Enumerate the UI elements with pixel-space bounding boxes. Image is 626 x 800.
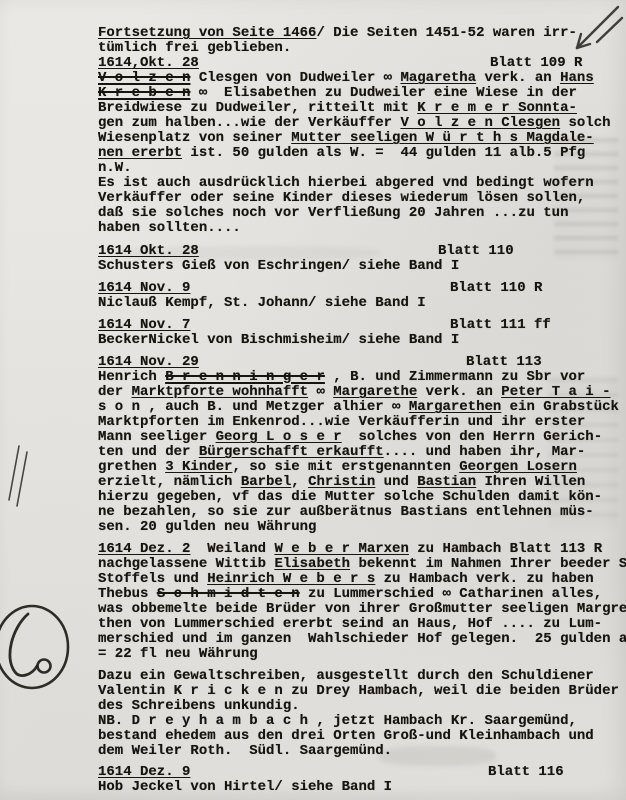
text-line: ten und der Bürgerschafft erkaufft.... u… [98,445,626,460]
text-run: ein Grabstück v. [501,399,626,415]
blatt-reference: Blatt 110 [438,244,514,259]
text-line: dem Weiler Roth. Südl. Saargemünd. [98,744,626,759]
text-line: daß sie solches noch vor Verfließung 20 … [98,206,626,221]
text-line: 1614 Dez. 2 Weiland W e b e r Marxen zu … [98,542,626,557]
emphasized-text-run: 1614 Nov. 29 [98,354,199,370]
emphasized-text-run: Margarethe [333,384,417,400]
text-run: , B. und Zimmermann zu Sbr vor [325,369,585,385]
text-line: der Marktpforte wohnhafft ∞ Margarethe v… [98,385,626,400]
emphasized-text-run: 1614 Dez. 2 [98,541,190,557]
text-line: Niclauß Kempf, St. Johann/ siehe Band I [98,296,626,311]
emphasized-text-run: Christin [308,474,375,490]
text-run: Mann seeliger [98,429,216,445]
text-line: gen zum halben...wie der Verkäuffer V o … [98,116,626,131]
text-line: 1614 Nov. 9Blatt 110 R [98,281,626,296]
text-run: des Schreibens unkundig. [98,698,300,714]
emphasized-text-run: Heinrich W e b e r s [207,571,375,587]
text-line: haben sollten.... [98,221,626,236]
text-line: tümlich frei geblieben. [98,41,626,56]
text-run: daß sie solches noch vor Verfließung 20 … [98,205,568,221]
text-run: gen zum halben...wie der Verkäuffer [98,115,400,131]
emphasized-text-run: Marktpforte wohnhafft [132,384,308,400]
text-run: bekennt im Nahmen Ihrer beeder Söh [350,556,626,572]
text-line: erzielt, nämlich Barbel, Christin und Ba… [98,475,626,490]
emphasized-text-run: Peter T a i - [501,384,610,400]
text-line: 1614 Dez. 9Blatt 116 [98,765,626,780]
text-run: Marktpforten im Enkenrod...wie Verkäuffe… [98,414,585,430]
text-run: Thebus [98,586,157,602]
text-run: Clesgen von Dudweiler ∞ [190,70,400,86]
text-line: sen. 20 gulden neu Währung [98,520,626,535]
text-run: Breidwiese zu Dudweiler, ritteilt mit [98,100,417,116]
scanned-document-page: Lo Fortsetzung von Seite 1466/ Die Seite… [0,0,626,800]
text-run: Weiland [190,541,274,557]
emphasized-text-run: V o l z e n [98,70,190,86]
text-run: solch [560,115,610,131]
text-run: = 22 fl neu Währung [98,646,258,662]
text-line: ne bezahlen, so sie zur außberätnus Bast… [98,505,626,520]
text-line: Fortsetzung von Seite 1466/ Die Seiten 1… [98,26,626,41]
text-run: .... und haben ihr, Mar- [384,444,586,460]
text-run: was obbemelte beide Brüder von ihrer Gro… [98,601,626,617]
text-line: was obbemelte beide Brüder von ihrer Gro… [98,602,626,617]
emphasized-text-run: K r e m e r Sonnta- [417,100,577,116]
text-line: BeckerNickel von Bischmisheim/ siehe Ban… [98,333,626,348]
text-line: 1614 Nov. 7Blatt 111 ff [98,318,626,333]
text-run: dem Weiler Roth. Südl. Saargemünd. [98,743,392,759]
emphasized-text-run: Magaretha [400,70,476,86]
text-run: nachgelassene Wittib [98,556,274,572]
text-line: Hob Jeckel von Hirtel/ siehe Band I [98,780,626,795]
blatt-reference: Blatt 109 R [490,56,582,71]
text-run: verk. an [476,70,560,86]
text-run: zu Lummerschied ∞ Catharinen alles, [300,586,602,602]
text-line: Breidwiese zu Dudweiler, ritteilt mit K … [98,101,626,116]
text-line: Stoffels und Heinrich W e b e r s zu Ham… [98,572,626,587]
text-line: 1614 Nov. 29Blatt 113 [98,355,626,370]
emphasized-text-run: Bürgerschafft erkaufft [199,444,384,460]
text-run: ist. 50 gulden als W. = 44 gulden 11 alb… [182,145,585,161]
handwritten-margin-slashes [4,444,32,510]
text-run: zu Hambach Blatt 113 R [409,541,602,557]
text-run: solches von den Herrn Gerich- [342,429,602,445]
text-run: Schusters Gieß von Eschringen/ siehe Ban… [98,258,459,274]
text-run: BeckerNickel von Bischmisheim/ siehe Ban… [98,332,459,348]
emphasized-text-run: 1614 Nov. 7 [98,317,190,333]
text-run: zu Hambach verk. zu haben [375,571,593,587]
emphasized-text-run: 3 Kinder [165,459,232,475]
text-line: bestand ehedem aus den drei Orten Groß-u… [98,729,626,744]
text-run: ∞ Elisabethen zu Dudweiler eine Wiese in… [190,85,576,101]
text-line: nachgelassene Wittib Elisabeth bekennt i… [98,557,626,572]
text-line: Mann seeliger Georg L o s e r solches vo… [98,430,626,445]
text-line: = 22 fl neu Währung [98,647,626,662]
text-run: sen. 20 gulden neu Währung [98,519,316,535]
emphasized-text-run: Fortsetzung von Seite 1466 [98,25,316,41]
text-line: grethen 3 Kinder, so sie mit erstgenannt… [98,460,626,475]
text-run: tümlich frei geblieben. [98,40,291,56]
emphasized-text-run: 1614 Okt. 28 [98,243,199,259]
text-line: Schusters Gieß von Eschringen/ siehe Ban… [98,259,626,274]
text-line: then von Lummerschied ererbt seind an Ha… [98,617,626,632]
text-line: Wiesenplatz von seiner Mutter seeligen W… [98,131,626,146]
text-run: ne bezahlen, so sie zur außberätnus Bast… [98,504,594,520]
text-run: Stoffels und [98,571,207,587]
text-run: Valentin K r i c k e n zu Drey Hambach, … [98,683,619,699]
text-run: Verkäuffer oder seine Kinder dieses wied… [98,190,585,206]
text-run: s o n , auch B. und Metzger alhier ∞ [98,399,409,415]
text-run: NB. D r e y h a m b a c h , jetzt Hambac… [98,713,577,729]
text-line: des Schreibens unkundig. [98,699,626,714]
text-run: ten und der [98,444,199,460]
text-line: hierzu gegeben, vf das die Mutter solche… [98,490,626,505]
text-line: s o n , auch B. und Metzger alhier ∞ Mar… [98,400,626,415]
emphasized-text-run: 1614 Dez. 9 [98,764,190,780]
text-line: V o l z e n Clesgen von Dudweiler ∞ Maga… [98,71,626,86]
text-line: merschied und im ganzen Wahlschieder Hof… [98,632,626,647]
text-line: 1614,Okt. 28Blatt 109 R [98,56,626,71]
emphasized-text-run: nen ererbt [98,145,182,161]
text-run: ∞ [308,384,333,400]
blatt-reference: Blatt 113 [466,355,542,370]
text-run: erzielt, nämlich [98,474,241,490]
text-line: Thebus S c h m i d t e n zu Lummerschied… [98,587,626,602]
text-run: grethen [98,459,165,475]
text-run: hierzu gegeben, vf das die Mutter solche… [98,489,602,505]
emphasized-text-run: Hans [560,70,594,86]
text-run: der [98,384,132,400]
emphasized-text-run: K r e b e n [98,85,190,101]
text-line: Henrich B r e n n i n g e r , B. und Zim… [98,370,626,385]
text-run: Dazu ein Gewaltschreiben, ausgestellt du… [98,668,594,684]
emphasized-text-run: Georg L o s e r [216,429,342,445]
text-run: , [291,474,308,490]
emphasized-text-run: 1614 Nov. 9 [98,280,190,296]
text-run: n.W. [98,160,132,176]
text-run: haben sollten.... [98,220,241,236]
text-line: NB. D r e y h a m b a c h , jetzt Hambac… [98,714,626,729]
text-line: n.W. [98,161,626,176]
text-run: Henrich [98,369,165,385]
blatt-reference: Blatt 116 [488,765,564,780]
text-run: Ihren Willen [476,474,585,490]
emphasized-text-run: Mutter seeligen W ü r t h s Magdale- [291,130,593,146]
emphasized-text-run: 1614,Okt. 28 [98,55,199,71]
text-run: / Die Seiten 1451-52 waren irr- [316,25,576,41]
emphasized-text-run: S c h m i d t e n [157,586,300,602]
emphasized-text-run: B r e n n i n g e r [165,369,325,385]
text-line: Dazu ein Gewaltschreiben, ausgestellt du… [98,669,626,684]
text-run: , so sie mit erstgenannten [232,459,459,475]
text-run: Niclauß Kempf, St. Johann/ siehe Band I [98,295,426,311]
text-run: then von Lummerschied ererbt seind an Ha… [98,616,602,632]
emphasized-text-run: Elisabeth [274,556,350,572]
emphasized-text-run: V o l z e n Clesgen [400,115,560,131]
text-run: bestand ehedem aus den drei Orten Groß-u… [98,728,594,744]
text-run: Wiesenplatz von seiner [98,130,291,146]
emphasized-text-run: Georgen Losern [459,459,577,475]
text-line: nen ererbt ist. 50 gulden als W. = 44 gu… [98,146,626,161]
text-run: merschied und im ganzen Wahlschieder Hof… [98,631,626,647]
blatt-reference: Blatt 110 R [450,281,542,296]
text-line: Valentin K r i c k e n zu Drey Hambach, … [98,684,626,699]
emphasized-text-run: Barbel [241,474,291,490]
handwritten-circle-lo-mark: Lo [0,600,78,696]
emphasized-text-run: Margarethen [409,399,501,415]
emphasized-text-run: W e b e r Marxen [274,541,408,557]
emphasized-text-run: Bastian [417,474,476,490]
text-line: Marktpforten im Enkenrod...wie Verkäuffe… [98,415,626,430]
text-line: 1614 Okt. 28Blatt 110 [98,244,626,259]
text-run: Es ist auch ausdrücklich hierbei abgered… [98,175,594,191]
text-run: Hob Jeckel von Hirtel/ siehe Band I [98,779,392,795]
text-run: verk. an [417,384,501,400]
text-line: Verkäuffer oder seine Kinder dieses wied… [98,191,626,206]
text-line: K r e b e n ∞ Elisabethen zu Dudweiler e… [98,86,626,101]
typewritten-text-column: Fortsetzung von Seite 1466/ Die Seiten 1… [98,26,626,795]
text-run: und [375,474,417,490]
text-line: Es ist auch ausdrücklich hierbei abgered… [98,176,626,191]
blatt-reference: Blatt 111 ff [450,318,551,333]
